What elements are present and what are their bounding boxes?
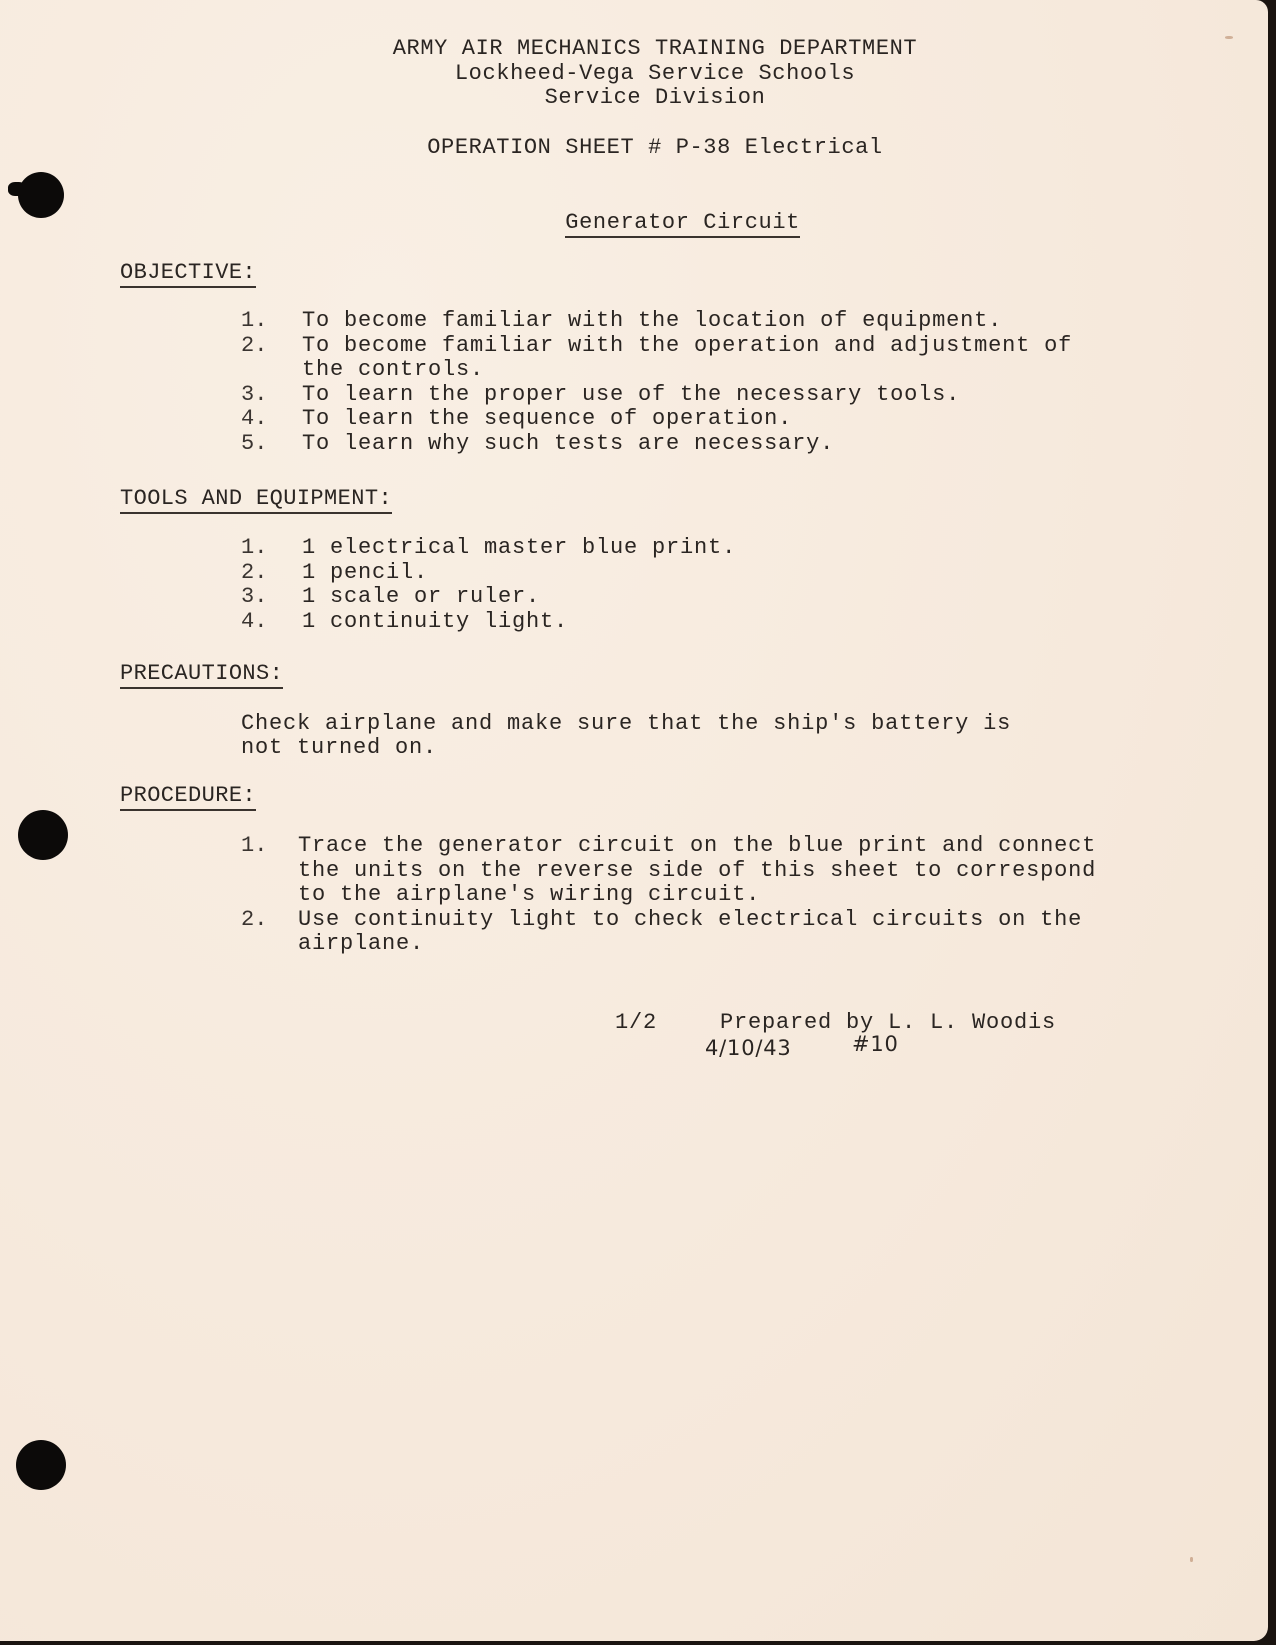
document-page: ARMY AIR MECHANICS TRAINING DEPARTMENT L… <box>0 0 1268 1641</box>
objective-item-text: To become familiar with the operation an… <box>302 333 1072 358</box>
procedure-item-number: 2. <box>241 907 267 932</box>
handwritten-number: #10 <box>852 1032 899 1056</box>
document-title: Generator Circuit <box>565 210 800 238</box>
precautions-text-line: Check airplane and make sure that the sh… <box>241 711 1011 736</box>
tools-item-text: 1 pencil. <box>302 560 428 585</box>
objective-item-number: 3. <box>241 382 267 407</box>
school-heading: Lockheed-Vega Service Schools <box>0 61 1276 86</box>
objective-item-text: To learn why such tests are necessary. <box>302 431 834 456</box>
procedure-item-text: airplane. <box>298 931 424 956</box>
objective-item-number: 2. <box>241 333 267 358</box>
precautions-heading-text: PRECAUTIONS: <box>120 661 283 689</box>
tools-heading-text: TOOLS AND EQUIPMENT: <box>120 486 392 514</box>
tools-item-number: 3. <box>241 584 267 609</box>
procedure-item-text: Trace the generator circuit on the blue … <box>298 833 1096 858</box>
tools-heading: TOOLS AND EQUIPMENT: <box>120 486 392 511</box>
page-number: 1/2 <box>615 1010 657 1035</box>
punch-hole <box>16 1440 66 1490</box>
handwritten-date: 4/10/43 <box>705 1036 792 1060</box>
tools-item-text: 1 scale or ruler. <box>302 584 540 609</box>
tools-item-text: 1 electrical master blue print. <box>302 535 736 560</box>
objective-item-number: 4. <box>241 406 267 431</box>
procedure-item-text: to the airplane's wiring circuit. <box>298 882 760 907</box>
procedure-heading-text: PROCEDURE: <box>120 783 256 811</box>
procedure-item-text: Use continuity light to check electrical… <box>298 907 1082 932</box>
paper-blemish <box>1190 1557 1193 1562</box>
tools-item-number: 1. <box>241 535 267 560</box>
document-title-wrap: Generator Circuit <box>0 185 1276 260</box>
procedure-heading: PROCEDURE: <box>120 783 256 808</box>
objective-item-text: To learn the sequence of operation. <box>302 406 792 431</box>
objective-item-text: To become familiar with the location of … <box>302 308 1002 333</box>
objective-heading-text: OBJECTIVE: <box>120 260 256 288</box>
division-heading: Service Division <box>0 85 1276 110</box>
tools-item-text: 1 continuity light. <box>302 609 568 634</box>
objective-item-number: 5. <box>241 431 267 456</box>
precautions-text-line: not turned on. <box>241 735 437 760</box>
department-heading: ARMY AIR MECHANICS TRAINING DEPARTMENT <box>0 36 1276 61</box>
objective-heading: OBJECTIVE: <box>120 260 256 285</box>
procedure-item-number: 1. <box>241 833 267 858</box>
tools-item-number: 4. <box>241 609 267 634</box>
objective-item-text: To learn the proper use of the necessary… <box>302 382 960 407</box>
procedure-item-text: the units on the reverse side of this sh… <box>298 858 1096 883</box>
objective-item-text: the controls. <box>302 357 484 382</box>
objective-item-number: 1. <box>241 308 267 333</box>
precautions-heading: PRECAUTIONS: <box>120 661 283 686</box>
sheet-heading: OPERATION SHEET # P-38 Electrical <box>0 135 1276 160</box>
tools-item-number: 2. <box>241 560 267 585</box>
punch-hole <box>18 810 68 860</box>
